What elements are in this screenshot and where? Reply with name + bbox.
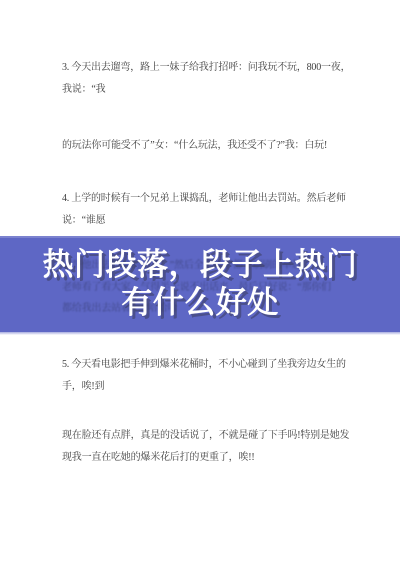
banner-title-line-1: 热门段落，段子上热门 xyxy=(43,246,358,284)
paragraph-line: 4. 上学的时候有一个兄弟上课捣乱，老师让他出去罚站。然后老师 xyxy=(62,188,400,210)
paragraph-4: 4. 上学的时候有一个兄弟上课捣乱，老师让他出去罚站。然后老师 说：“谁愿 xyxy=(62,188,400,232)
paragraph-line: 现在脸还有点胖，真是的没话说了，不就是碰了下手吗!特别是她发 xyxy=(62,425,400,447)
paragraph-3-continued: 的玩法你可能受不了”女：“什么玩法，我还受不了?”我：白玩! xyxy=(62,135,400,157)
paragraph-line: 我说：“我 xyxy=(62,79,400,101)
article-page: 3. 今天出去遛弯，路上一妹子给我打招呼：问我玩不玩，800一夜， 我说：“我 … xyxy=(0,0,400,566)
title-banner: 意替他出去罚站的举手！”然后全班同学都齐刷刷的举起了手， 老师看了看大家，气得半… xyxy=(0,236,400,332)
paragraph-line: 手，唉!到 xyxy=(62,376,400,398)
banner-title-line-2: 有什么好处 xyxy=(121,284,279,322)
paragraph-line: 5. 今天看电影把手伸到爆米花桶时，不小心碰到了坐我旁边女生的 xyxy=(62,354,400,376)
paragraph-line: 3. 今天出去遛弯，路上一妹子给我打招呼：问我玩不玩，800一夜， xyxy=(62,57,400,79)
banner-title: 热门段落，段子上热门 有什么好处 xyxy=(0,236,400,332)
paragraph-line: 的玩法你可能受不了”女：“什么玩法，我还受不了?”我：白玩! xyxy=(62,135,400,157)
paragraph-line: 说：“谁愿 xyxy=(62,210,400,232)
paragraph-line: 现我一直在吃她的爆米花后打的更重了，唉!! xyxy=(62,447,400,469)
paragraph-5-continued: 现在脸还有点胖，真是的没话说了，不就是碰了下手吗!特别是她发 现我一直在吃她的爆… xyxy=(62,425,400,469)
paragraph-5: 5. 今天看电影把手伸到爆米花桶时，不小心碰到了坐我旁边女生的 手，唉!到 xyxy=(62,354,400,398)
paragraph-3: 3. 今天出去遛弯，路上一妹子给我打招呼：问我玩不玩，800一夜， 我说：“我 xyxy=(62,57,400,101)
